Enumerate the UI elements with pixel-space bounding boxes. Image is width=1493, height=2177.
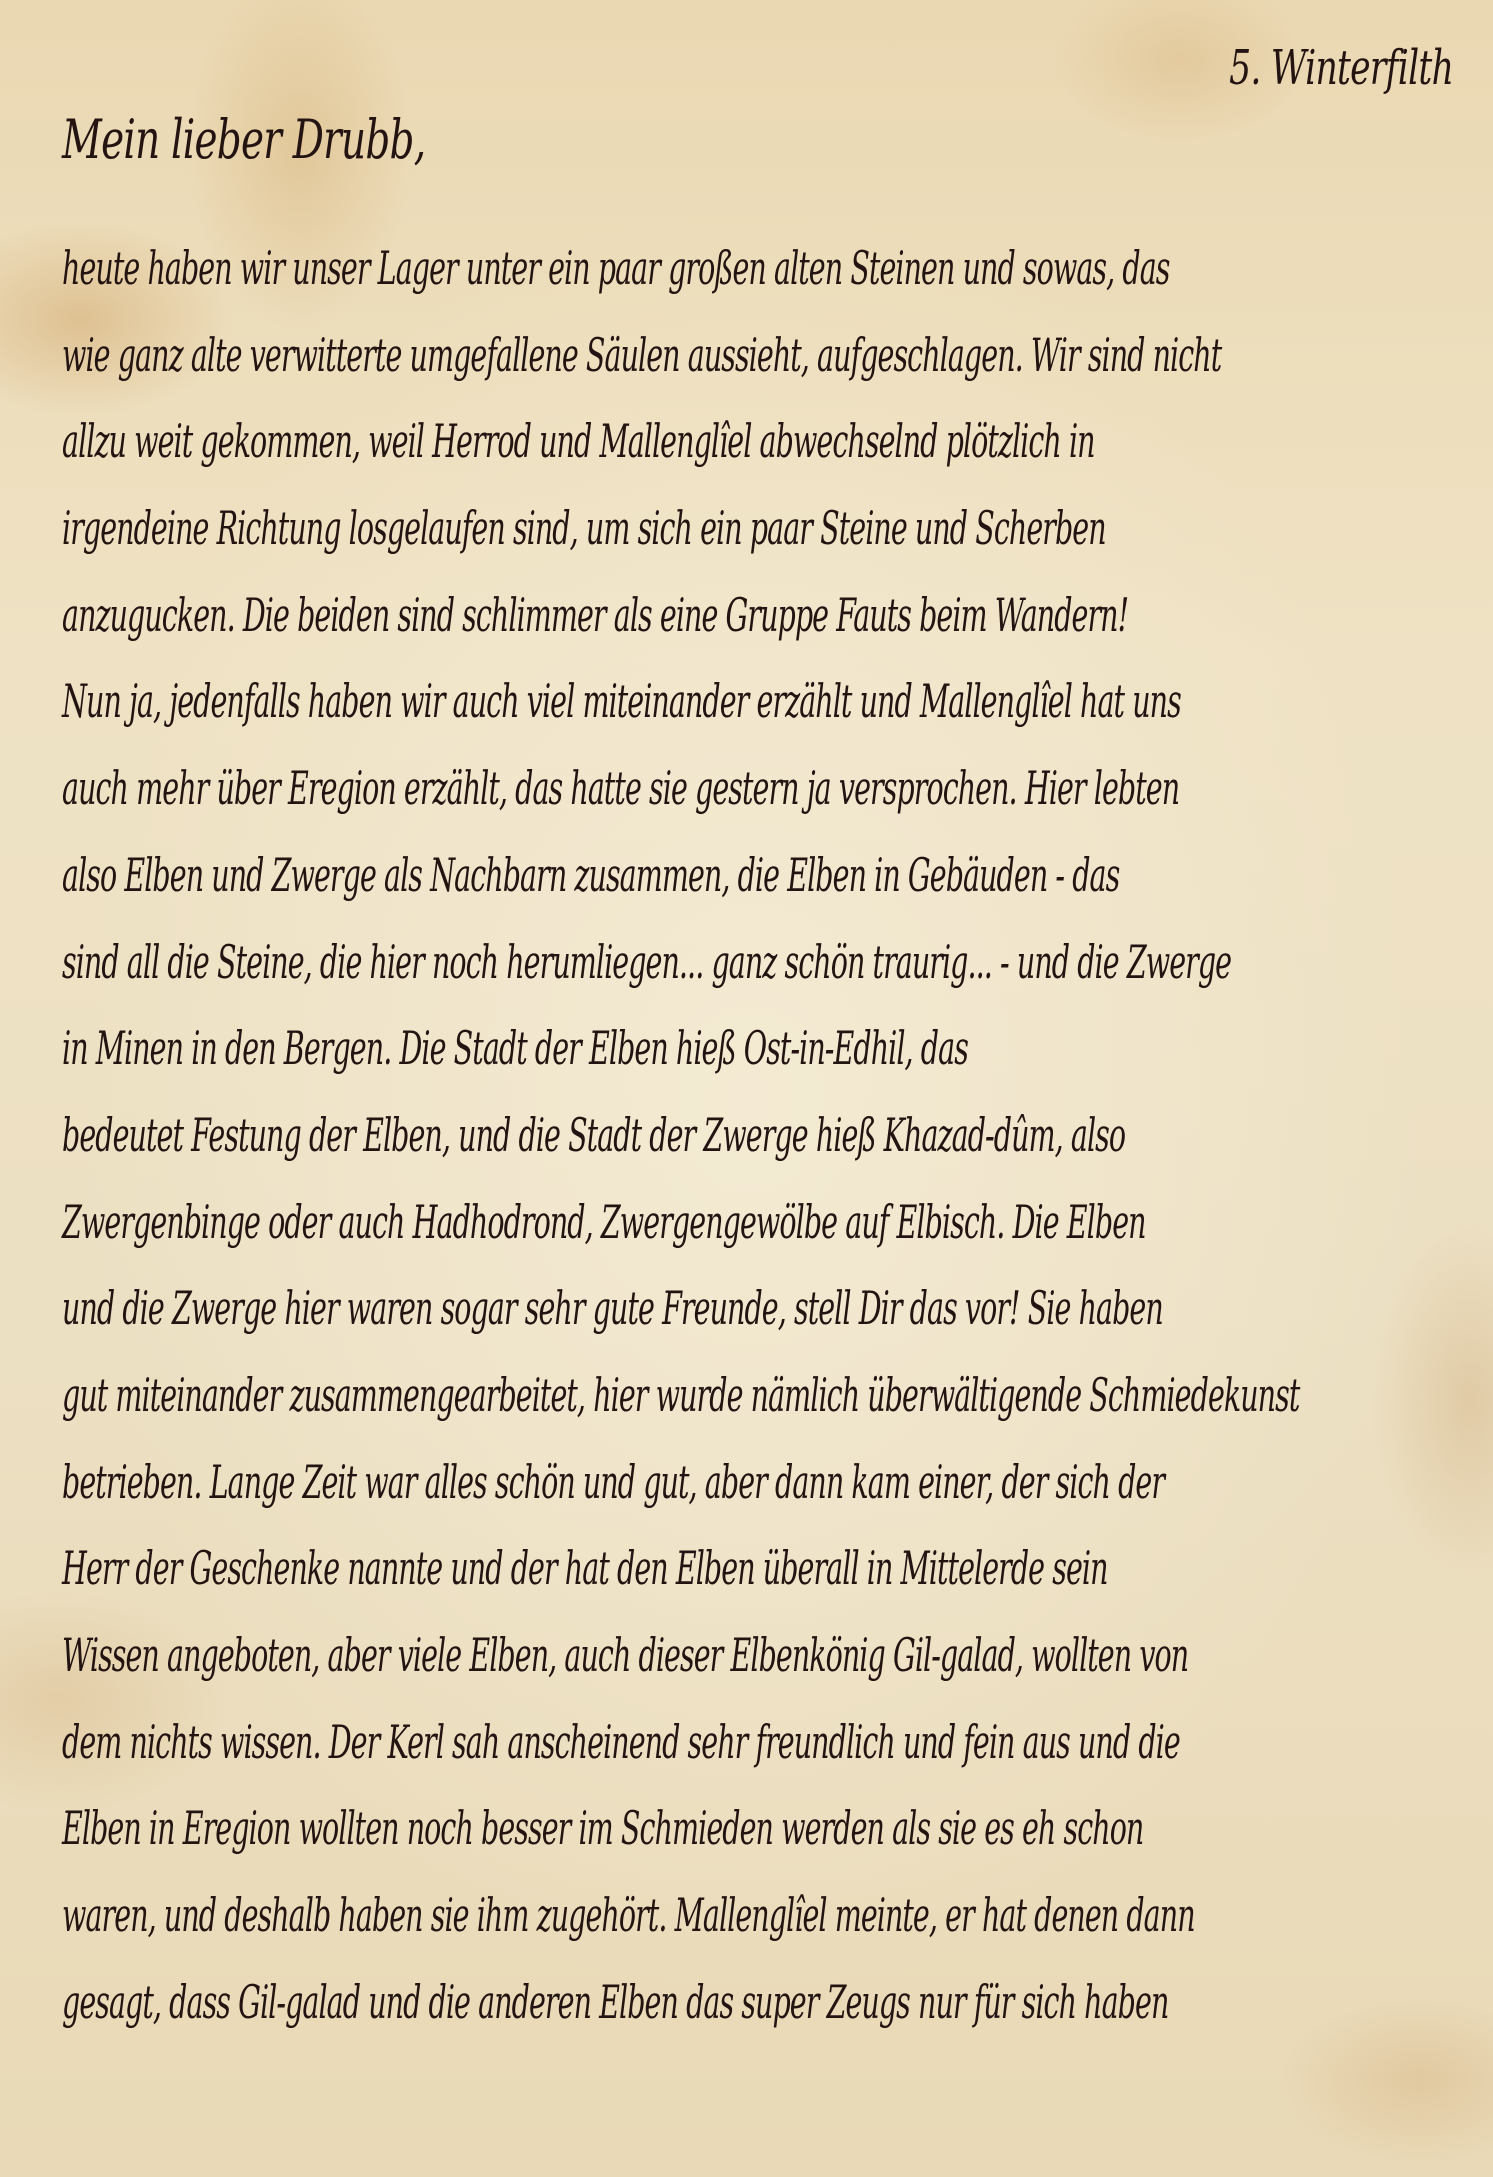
letter-line: Wissen angeboten, aber viele Elben, auch… [62,1612,942,1699]
letter-line: heute haben wir unser Lager unter ein pa… [62,225,942,312]
letter-line: gesagt, dass Gil-galad und die anderen E… [62,1959,942,2046]
letter-salutation: Mein lieber Drubb, [62,108,425,171]
letter-line: Elben in Eregion wollten noch besser im … [62,1785,942,1872]
letter-line: dem nichts wissen. Der Kerl sah anschein… [62,1699,942,1786]
letter-line: wie ganz alte verwitterte umgefallene Sä… [62,312,942,399]
letter-line: allzu weit gekommen, weil Herrod und Mal… [62,398,942,485]
letter-line: und die Zwerge hier waren sogar sehr gut… [62,1265,942,1352]
letter-line: waren, und deshalb haben sie ihm zugehör… [62,1872,942,1959]
letter-line: gut miteinander zusammengearbeitet, hier… [62,1352,942,1439]
parchment-letter: 5. Winterfilth Mein lieber Drubb, heute … [0,0,1493,2177]
letter-line: Zwergenbinge oder auch Hadhodrond, Zwerg… [62,1179,942,1266]
letter-line: auch mehr über Eregion erzählt, das hatt… [62,745,942,832]
letter-line: also Elben und Zwerge als Nachbarn zusam… [62,832,942,919]
letter-line: betrieben. Lange Zeit war alles schön un… [62,1439,942,1526]
letter-line: Herr der Geschenke nannte und der hat de… [62,1525,942,1612]
letter-body: heute haben wir unser Lager unter ein pa… [62,225,1482,2045]
letter-line: in Minen in den Bergen. Die Stadt der El… [62,1005,942,1092]
letter-line: anzugucken. Die beiden sind schlimmer al… [62,572,942,659]
letter-line: sind all die Steine, die hier noch herum… [62,919,942,1006]
letter-line: irgendeine Richtung losgelaufen sind, um… [62,485,942,572]
letter-line: bedeutet Festung der Elben, und die Stad… [62,1092,942,1179]
letter-date: 5. Winterfilth [1229,40,1453,96]
letter-line: Nun ja, jedenfalls haben wir auch viel m… [62,658,942,745]
